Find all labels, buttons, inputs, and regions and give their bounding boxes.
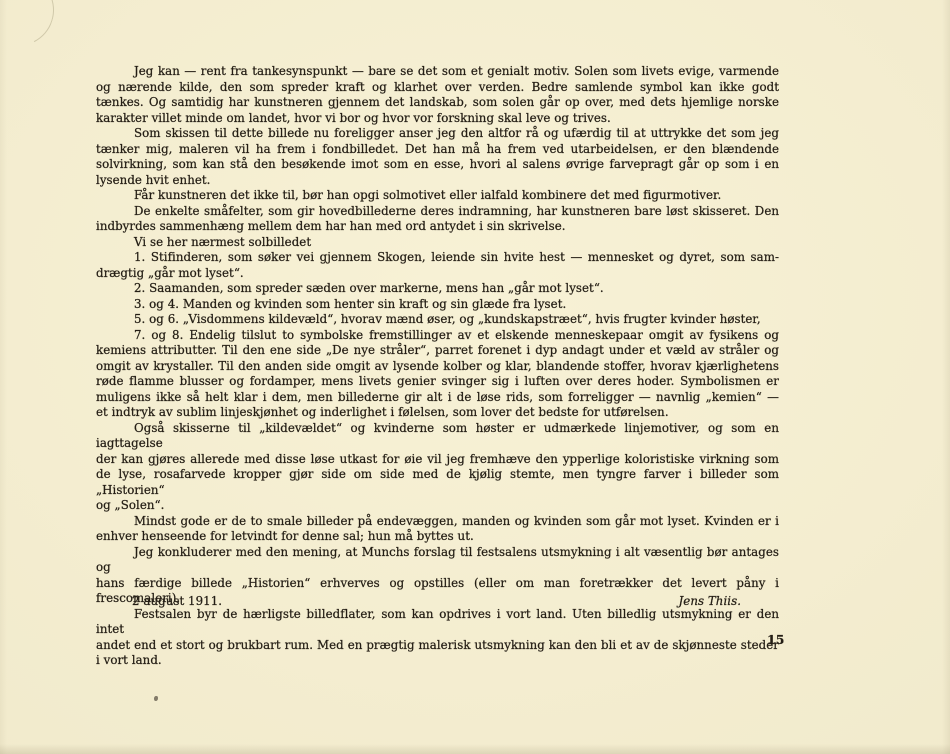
text-line: lysende hvit enhet. xyxy=(96,173,779,189)
text-line: Festsalen byr de hærligste billedflater,… xyxy=(96,607,779,638)
text-line: indbyrdes sammenhæng mellem dem har han … xyxy=(96,219,779,235)
text-line: 5. og 6. „Visdommens kildevæld“, hvorav … xyxy=(96,312,779,328)
paragraph: 2. Saamanden, som spreder sæden over mar… xyxy=(96,281,779,297)
text-line: drægtig „går mot lyset“. xyxy=(96,266,779,282)
page-number: 15 xyxy=(767,632,784,647)
scanned-book-page: { "document": { "paper_color": "#f5eed0"… xyxy=(0,0,950,754)
text-block: Jeg kan — rent fra tankesynspunkt — bare… xyxy=(96,64,779,669)
footer-block: 2 august 1911. Jens Thiis. xyxy=(96,591,779,610)
text-line: de lyse, rosafarvede kropper gjør side o… xyxy=(96,467,779,498)
paragraph: Festsalen byr de hærligste billedflater,… xyxy=(96,607,779,669)
paragraph: 1. Stifinderen, som søker vei gjennem Sk… xyxy=(96,250,779,281)
text-line: andet end et stort og brukbart rum. Med … xyxy=(96,638,779,654)
text-line: Vi se her nærmest solbilledet xyxy=(96,235,779,251)
text-line: 1. Stifinderen, som søker vei gjennem Sk… xyxy=(96,250,779,266)
paragraph: 7. og 8. Endelig tilslut to symbolske fr… xyxy=(96,328,779,421)
paragraph: Får kunstneren det ikke til, bør han opg… xyxy=(96,188,779,204)
paragraph: 5. og 6. „Visdommens kildevæld“, hvorav … xyxy=(96,312,779,328)
text-line: 7. og 8. Endelig tilslut to symbolske fr… xyxy=(96,328,779,344)
text-line: muligens ikke så helt klar i dem, men bi… xyxy=(96,390,779,406)
text-line: der kan gjøres allerede med disse løse u… xyxy=(96,452,779,468)
text-line: tænkes. Og samtidig har kunstneren gjenn… xyxy=(96,95,779,111)
text-line: et indtryk av sublim linjeskjønhet og in… xyxy=(96,405,779,421)
text-line: og „Solen“. xyxy=(96,498,779,514)
text-line: tænker mig, maleren vil ha frem i fondbi… xyxy=(96,142,779,158)
text-line: i vort land. xyxy=(96,653,779,669)
text-line: solvirkning, som kan stå den besøkende i… xyxy=(96,157,779,173)
text-line: kemiens attributter. Til den ene side „D… xyxy=(96,343,779,359)
signature: Jens Thiis. xyxy=(679,594,741,610)
text-line: Som skissen til dette billede nu forelig… xyxy=(96,126,779,142)
text-line: Får kunstneren det ikke til, bør han opg… xyxy=(96,188,779,204)
paragraph: Jeg kan — rent fra tankesynspunkt — bare… xyxy=(96,64,779,126)
text-line: De enkelte småfelter, som gir hovedbille… xyxy=(96,204,779,220)
paragraph: Også skisserne til „kildevældet“ og kvin… xyxy=(96,421,779,514)
text-line: 3. og 4. Manden og kvinden som henter si… xyxy=(96,297,779,313)
paragraph: 3. og 4. Manden og kvinden som henter si… xyxy=(96,297,779,313)
paragraph: Mindst gode er de to smale billeder på e… xyxy=(96,514,779,545)
text-line: røde flamme blusser og fordamper, mens l… xyxy=(96,374,779,390)
footer-row: 2 august 1911. Jens Thiis. xyxy=(96,594,779,610)
paper-scratch-mark xyxy=(0,0,63,55)
date-label: 2 august 1911. xyxy=(132,594,222,610)
text-line: karakter villet minde om landet, hvor vi… xyxy=(96,111,779,127)
paragraph: Som skissen til dette billede nu forelig… xyxy=(96,126,779,188)
text-line: Mindst gode er de to smale billeder på e… xyxy=(96,514,779,530)
text-line: enhver henseende for letvindt for denne … xyxy=(96,529,779,545)
text-line: Jeg konkluderer med den mening, at Munch… xyxy=(96,545,779,576)
text-line: Også skisserne til „kildevældet“ og kvin… xyxy=(96,421,779,452)
text-line: 2. Saamanden, som spreder sæden over mar… xyxy=(96,281,779,297)
text-line: og nærende kilde, den som spreder kraft … xyxy=(96,80,779,96)
paragraph: Vi se her nærmest solbilledet xyxy=(96,235,779,251)
paragraph: De enkelte småfelter, som gir hovedbille… xyxy=(96,204,779,235)
text-line: omgit av krystaller. Til den anden side … xyxy=(96,359,779,375)
text-line: Jeg kan — rent fra tankesynspunkt — bare… xyxy=(96,64,779,80)
paper-ink-speck xyxy=(154,696,158,701)
